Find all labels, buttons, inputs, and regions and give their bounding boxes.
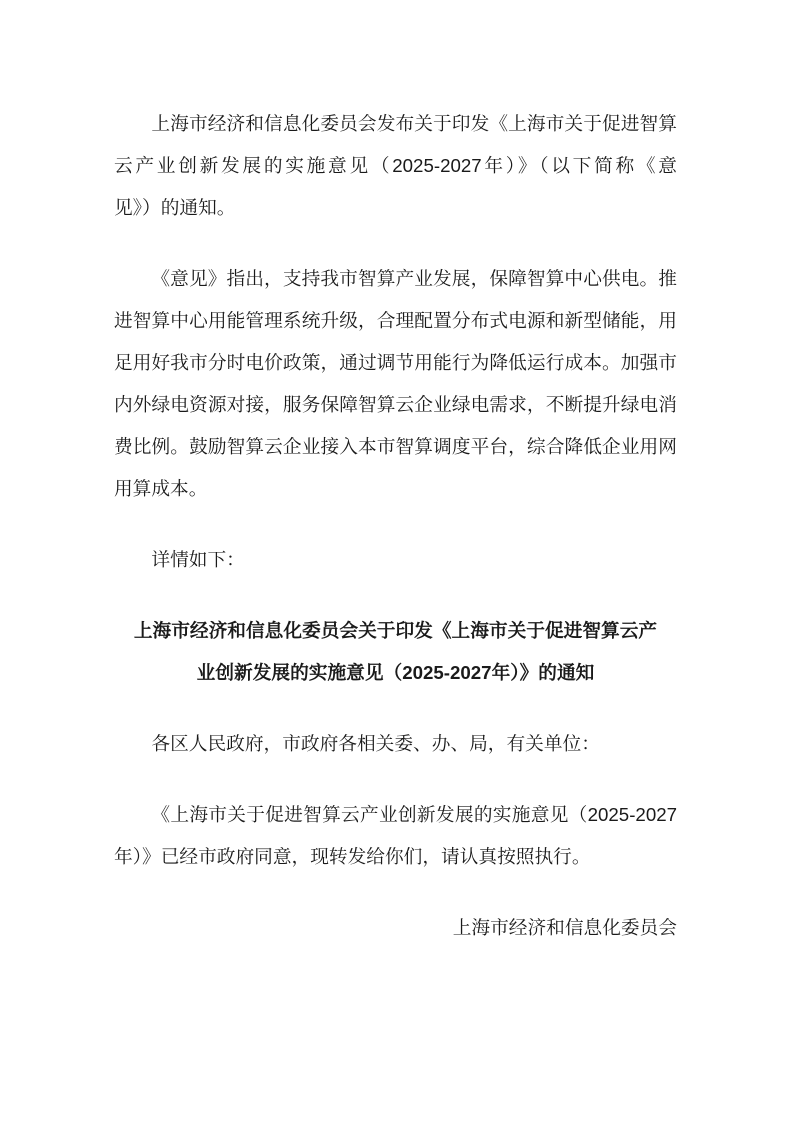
text-line: 进智算中心用能管理系统升级，合理配置分布式电源和新型储能，用 xyxy=(114,300,677,342)
text-line: 详情如下： xyxy=(114,539,677,581)
paragraph-details-label: 详情如下： xyxy=(114,539,677,581)
text-line: 云产业创新发展的实施意见（2025-2027年）》（以下简称《意 xyxy=(114,145,677,187)
notice-title-heading: 上海市经济和信息化委员会关于印发《上海市关于促进智算云产 业创新发展的实施意见（… xyxy=(114,610,677,694)
text-line: 足用好我市分时电价政策，通过调节用能行为降低运行成本。加强市 xyxy=(114,342,677,384)
title-line: 上海市经济和信息化委员会关于印发《上海市关于促进智算云产 xyxy=(114,610,677,652)
text-line: 各区人民政府，市政府各相关委、办、局，有关单位： xyxy=(114,723,677,765)
text-line: 《意见》指出，支持我市智算产业发展，保障智算中心供电。推 xyxy=(114,258,677,300)
signature-organization: 上海市经济和信息化委员会 xyxy=(114,907,677,949)
document-page: 上海市经济和信息化委员会发布关于印发《上海市关于促进智算 云产业创新发展的实施意… xyxy=(0,0,793,1122)
text-line: 见》）的通知。 xyxy=(114,187,677,229)
text-line: 《上海市关于促进智算云产业创新发展的实施意见（2025-2027 xyxy=(114,794,677,836)
text-line: 上海市经济和信息化委员会发布关于印发《上海市关于促进智算 xyxy=(114,103,677,145)
paragraph-notice-body: 《上海市关于促进智算云产业创新发展的实施意见（2025-2027 年）》已经市政… xyxy=(114,794,677,878)
paragraph-addressees: 各区人民政府，市政府各相关委、办、局，有关单位： xyxy=(114,723,677,765)
text-line: 内外绿电资源对接，服务保障智算云企业绿电需求，不断提升绿电消 xyxy=(114,384,677,426)
title-line: 业创新发展的实施意见（2025-2027年）》的通知 xyxy=(114,652,677,694)
text-line: 用算成本。 xyxy=(114,468,677,510)
paragraph-opinion-summary: 《意见》指出，支持我市智算产业发展，保障智算中心供电。推 进智算中心用能管理系统… xyxy=(114,258,677,510)
paragraph-announcement-intro: 上海市经济和信息化委员会发布关于印发《上海市关于促进智算 云产业创新发展的实施意… xyxy=(114,103,677,229)
text-line: 费比例。鼓励智算云企业接入本市智算调度平台，综合降低企业用网 xyxy=(114,426,677,468)
text-line: 上海市经济和信息化委员会 xyxy=(114,907,677,949)
text-line: 年）》已经市政府同意，现转发给你们，请认真按照执行。 xyxy=(114,836,677,878)
